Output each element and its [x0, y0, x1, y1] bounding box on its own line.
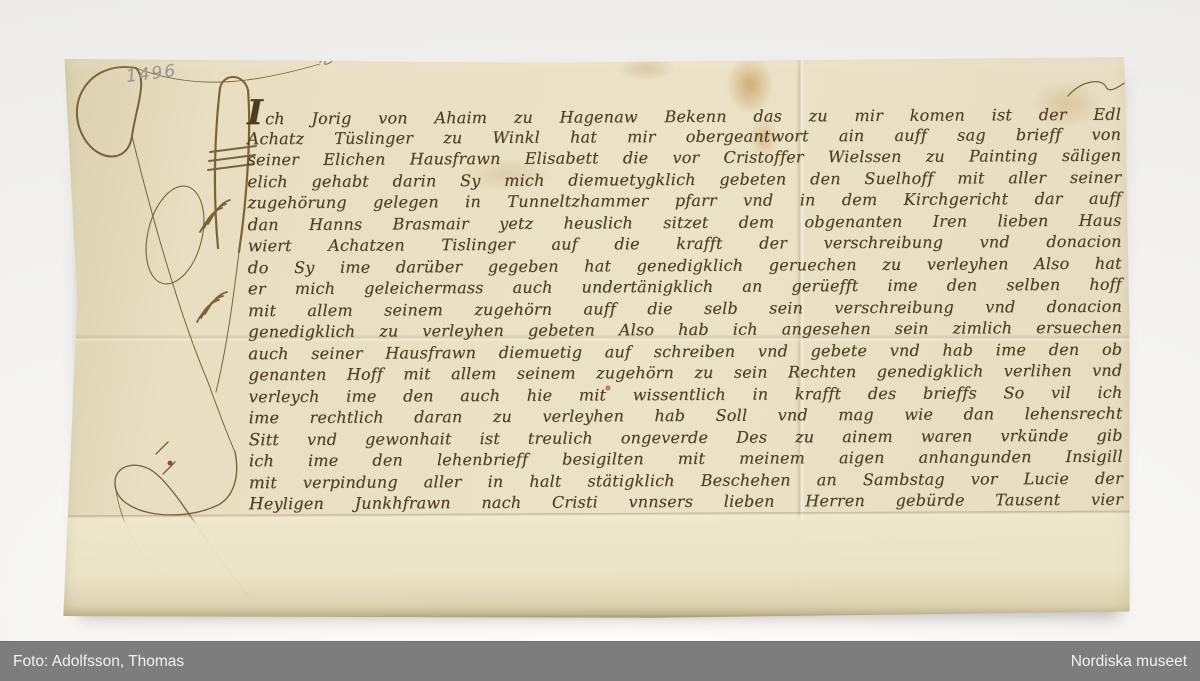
caption-bar: Foto: Adolfsson, Thomas Nordiska museet	[0, 641, 1200, 681]
museum-credit: Nordiska museet	[1071, 642, 1187, 681]
ink-dot	[168, 461, 173, 466]
flourish-squiggle	[1068, 82, 1126, 96]
photographer-credit: Foto: Adolfsson, Thomas	[13, 642, 184, 681]
flourish-tick-marks	[320, 59, 332, 64]
manuscript-text-block: Ich Jorig von Ahaim zu Hagenaw Bekenn da…	[247, 102, 1123, 515]
plica-fold	[54, 511, 1140, 624]
parchment-charter: 1496 Ich Jorig von Ahaim zu Hagenaw Beke…	[58, 52, 1136, 620]
flourish-oval	[137, 180, 214, 290]
photograph-of-charter: 1496 Ich Jorig von Ahaim zu Hagenaw Beke…	[0, 0, 1200, 681]
